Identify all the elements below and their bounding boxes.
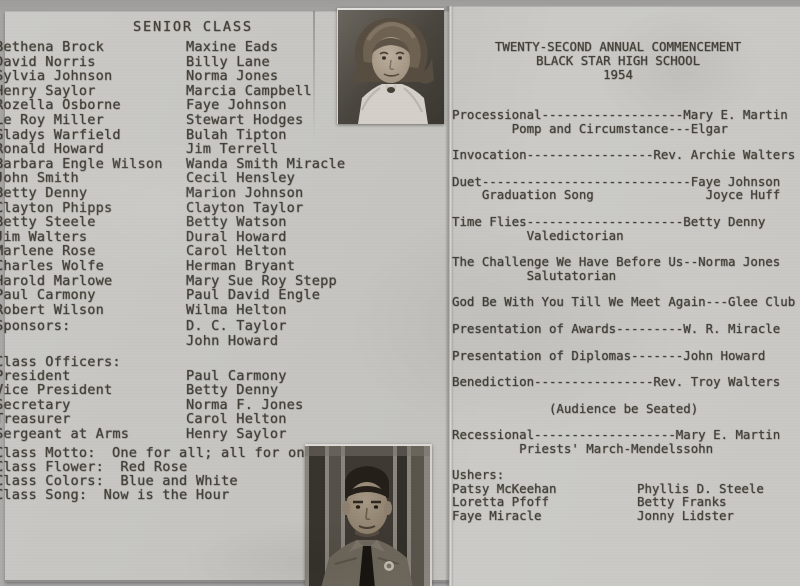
- roster-row: John Smith Cecil Hensley: [0, 171, 395, 186]
- roster-name-right: Billy Lane: [186, 55, 270, 70]
- sponsors-label: Sponsors:: [0, 319, 186, 348]
- ushers-label: Ushers:: [452, 468, 800, 482]
- roster-name-right: Norma Jones: [186, 69, 278, 84]
- program-subline: Graduation Song Joyce Huff: [452, 188, 800, 202]
- roster-name-right: Marion Johnson: [186, 186, 303, 201]
- roster-name-right: Clayton Taylor: [186, 201, 303, 216]
- senior-class-title: SENIOR CLASS: [133, 19, 253, 35]
- roster-name-left: Ronald Howard: [0, 142, 186, 157]
- roster-row: Robert Wilson Wilma Helton: [0, 303, 395, 318]
- roster-name-left: Robert Wilson: [0, 303, 186, 318]
- officer-row: Treasurer Carol Helton: [0, 412, 395, 426]
- officer-row: Sergeant at Arms Henry Saylor: [0, 427, 395, 441]
- roster-row: Rozella Osborne Faye Johnson: [0, 98, 395, 113]
- commencement-title-line: TWENTY-SECOND ANNUAL COMMENCEMENT: [452, 40, 784, 54]
- girl-portrait-image: [338, 10, 444, 124]
- program-item: Invocation-----------------Rev. Archie W…: [452, 148, 800, 162]
- roster-name-right: Faye Johnson: [186, 98, 287, 113]
- sponsors-section: Sponsors: D. C. Taylor John Howard: [0, 319, 395, 348]
- program-line: Invocation-----------------Rev. Archie W…: [452, 148, 800, 162]
- usher-row: Patsy McKeehan Phyllis D. Steele: [452, 482, 800, 496]
- fact-label: Class Motto:: [0, 446, 96, 460]
- program-line: Recessional-------------------Mary E. Ma…: [452, 428, 800, 442]
- program-subline: Priests' March-Mendelssohn: [452, 442, 800, 456]
- ushers-list: Patsy McKeehan Phyllis D. Steele Loretta…: [452, 482, 800, 523]
- program-item: Benediction----------------Rev. Troy Wal…: [452, 375, 800, 389]
- program-item: Presentation of Diplomas-------John Howa…: [452, 349, 800, 363]
- program-line: Processional-------------------Mary E. M…: [452, 108, 800, 122]
- roster-name-right: Stewart Hodges: [186, 113, 303, 128]
- roster-row: Sylvia Johnson Norma Jones: [0, 69, 395, 84]
- roster-name-right: Wilma Helton: [186, 303, 287, 318]
- roster-name-right: Paul David Engle: [186, 288, 320, 303]
- usher-name-right: Jonny Lidster: [637, 509, 734, 523]
- officer-name: Paul Carmony: [186, 369, 287, 383]
- program-line: Benediction----------------Rev. Troy Wal…: [452, 375, 800, 389]
- fact-label: Class Song:: [0, 488, 87, 502]
- roster-row: Le Roy Miller Stewart Hodges: [0, 113, 395, 128]
- roster-name-left: David Norris: [0, 55, 186, 70]
- roster-name-right: Herman Bryant: [186, 259, 295, 274]
- officer-title: Vice President: [0, 383, 186, 397]
- program-item: Processional-------------------Mary E. M…: [452, 108, 800, 135]
- program-item: God Be With You Till We Meet Again---Gle…: [452, 295, 800, 309]
- roster-row: David Norris Billy Lane: [0, 55, 395, 70]
- roster-name-left: Charles Wolfe: [0, 259, 186, 274]
- usher-name-left: Loretta Pfoff: [452, 495, 637, 509]
- program-list: Processional-------------------Mary E. M…: [452, 108, 800, 469]
- roster-name-left: Le Roy Miller: [0, 113, 186, 128]
- class-officers-list: President Paul Carmony Vice President Be…: [0, 369, 395, 441]
- roster-name-left: Bethena Brock: [0, 40, 186, 55]
- program-subline: Pomp and Circumstance---Elgar: [452, 122, 800, 136]
- program-line: God Be With You Till We Meet Again---Gle…: [452, 295, 800, 309]
- officer-name: Carol Helton: [186, 412, 287, 426]
- roster-name-left: Clayton Phipps: [0, 201, 186, 216]
- roster-row: Bethena Brock Maxine Eads: [0, 40, 395, 55]
- usher-name-right: Betty Franks: [637, 495, 727, 509]
- roster-row: Betty Steele Betty Watson: [0, 215, 395, 230]
- usher-name-right: Phyllis D. Steele: [637, 482, 764, 496]
- roster-row: Clayton Phipps Clayton Taylor: [0, 201, 395, 216]
- program-subline: Valedictorian: [452, 229, 800, 243]
- roster-row: Ronald Howard Jim Terrell: [0, 142, 395, 157]
- program-line: Duet----------------------------Faye Joh…: [452, 175, 800, 189]
- roster-name-left: John Smith: [0, 171, 186, 186]
- commencement-title-line: 1954: [452, 68, 784, 82]
- roster-row: Gladys Warfield Bulah Tipton: [0, 128, 395, 143]
- commencement-title: TWENTY-SECOND ANNUAL COMMENCEMENT BLACK …: [452, 40, 784, 83]
- roster-row: Charles Wolfe Herman Bryant: [0, 259, 395, 274]
- program-item: (Audience be Seated): [452, 402, 800, 416]
- program-line: Time Flies---------------------Betty Den…: [452, 215, 800, 229]
- roster-name-right: Bulah Tipton: [186, 128, 287, 143]
- program-line: The Challenge We Have Before Us--Norma J…: [452, 255, 800, 269]
- usher-row: Loretta Pfoff Betty Franks: [452, 495, 800, 509]
- scanned-program-document: SENIOR CLASS Bethena Brock Maxine Eads D…: [0, 0, 800, 586]
- senior-roster-list: Bethena Brock Maxine Eads David Norris B…: [0, 40, 395, 317]
- officer-title: Secretary: [0, 398, 186, 412]
- man-in-uniform-photo: [305, 444, 432, 586]
- roster-name-right: Jim Terrell: [186, 142, 278, 157]
- roster-row: Paul Carmony Paul David Engle: [0, 288, 395, 303]
- roster-name-right: Cecil Hensley: [186, 171, 295, 186]
- officer-title: Treasurer: [0, 412, 186, 426]
- program-item: Time Flies---------------------Betty Den…: [452, 215, 800, 242]
- roster-name-left: Sylvia Johnson: [0, 69, 186, 84]
- roster-row: Betty Denny Marion Johnson: [0, 186, 395, 201]
- roster-name-right: Maxine Eads: [186, 40, 278, 55]
- program-subline: Salutatorian: [452, 269, 800, 283]
- program-line: (Audience be Seated): [452, 402, 800, 416]
- roster-name-left: Betty Steele: [0, 215, 186, 230]
- sponsor-name: John Howard: [186, 334, 287, 349]
- roster-row: Harold Marlowe Mary Sue Roy Stepp: [0, 274, 395, 289]
- usher-name-left: Patsy McKeehan: [452, 482, 637, 496]
- roster-name-left: Paul Carmony: [0, 288, 186, 303]
- program-line: Presentation of Diplomas-------John Howa…: [452, 349, 800, 363]
- program-item: Duet----------------------------Faye Joh…: [452, 175, 800, 202]
- officer-name: Henry Saylor: [186, 427, 287, 441]
- girl-portrait-photo: [337, 8, 444, 124]
- program-item: The Challenge We Have Before Us--Norma J…: [452, 255, 800, 282]
- program-item: Presentation of Awards---------W. R. Mir…: [452, 322, 800, 336]
- roster-name-right: Betty Watson: [186, 215, 287, 230]
- program-line: Presentation of Awards---------W. R. Mir…: [452, 322, 800, 336]
- officer-name: Betty Denny: [186, 383, 278, 397]
- roster-name-left: Rozella Osborne: [0, 98, 186, 113]
- roster-name-left: Marlene Rose: [0, 244, 186, 259]
- usher-row: Faye Miracle Jonny Lidster: [452, 509, 800, 523]
- program-item: Recessional-------------------Mary E. Ma…: [452, 428, 800, 455]
- sponsor-names: D. C. Taylor John Howard: [186, 319, 287, 348]
- officer-row: Vice President Betty Denny: [0, 383, 395, 397]
- usher-name-left: Faye Miracle: [452, 509, 637, 523]
- sponsor-name: D. C. Taylor: [186, 319, 287, 334]
- ushers-section: Ushers: Patsy McKeehan Phyllis D. Steele…: [452, 468, 800, 522]
- officer-title: Sergeant at Arms: [0, 427, 186, 441]
- roster-name-left: Betty Denny: [0, 186, 186, 201]
- roster-name-right: Mary Sue Roy Stepp: [186, 274, 337, 289]
- roster-row: Marlene Rose Carol Helton: [0, 244, 395, 259]
- fact-value: Now is the Hour: [104, 487, 230, 503]
- roster-name-left: Harold Marlowe: [0, 274, 186, 289]
- roster-name-left: Gladys Warfield: [0, 128, 186, 143]
- commencement-title-line: BLACK STAR HIGH SCHOOL: [452, 54, 784, 68]
- man-portrait-image: [305, 446, 430, 586]
- roster-name-right: Carol Helton: [186, 244, 287, 259]
